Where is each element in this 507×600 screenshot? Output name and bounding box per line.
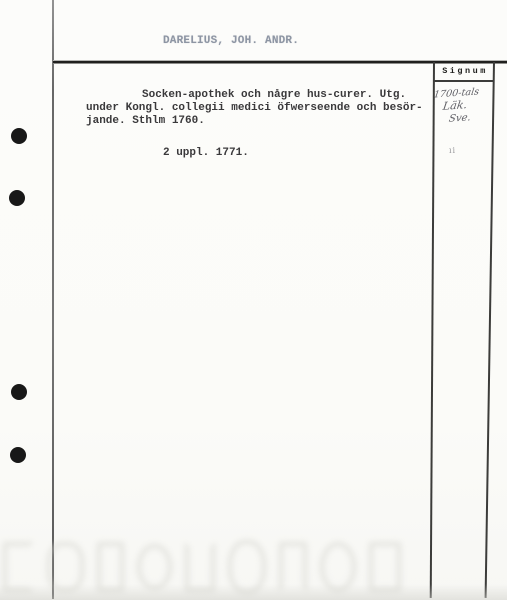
hole-punch-dot [11, 128, 27, 144]
entry-text-line: under Kongl. collegii medici öfwerseende… [86, 102, 423, 115]
hole-punch-dot [9, 190, 25, 206]
signum-column-right-border [485, 62, 495, 598]
left-margin-rule [52, 0, 54, 599]
signum-header-bottom-rule [433, 80, 494, 82]
author-heading: DARELIUS, JOH. ANDR. [163, 35, 299, 47]
header-divider-rule [53, 60, 507, 64]
signum-handwritten-line: Sve. [448, 112, 471, 124]
signum-column-left-border [430, 62, 435, 598]
entry-text-line: jande. Sthlm 1760. [86, 115, 205, 128]
catalog-card-page: DARELIUS, JOH. ANDR. Signum 1700-tals Lä… [0, 0, 507, 600]
hole-punch-dot [11, 384, 27, 400]
entry-text-line: Socken-apothek och någre hus-curer. Utg. [142, 89, 406, 102]
hole-punch-dot [10, 447, 26, 463]
edition-note: 2 uppl. 1771. [163, 147, 249, 160]
signum-column-label: Signum [434, 66, 494, 76]
signum-handwritten-line: Läk. [442, 98, 468, 113]
signum-pencil-mark: ıi [449, 146, 456, 155]
bleedthrough-smudge-band [0, 584, 507, 600]
